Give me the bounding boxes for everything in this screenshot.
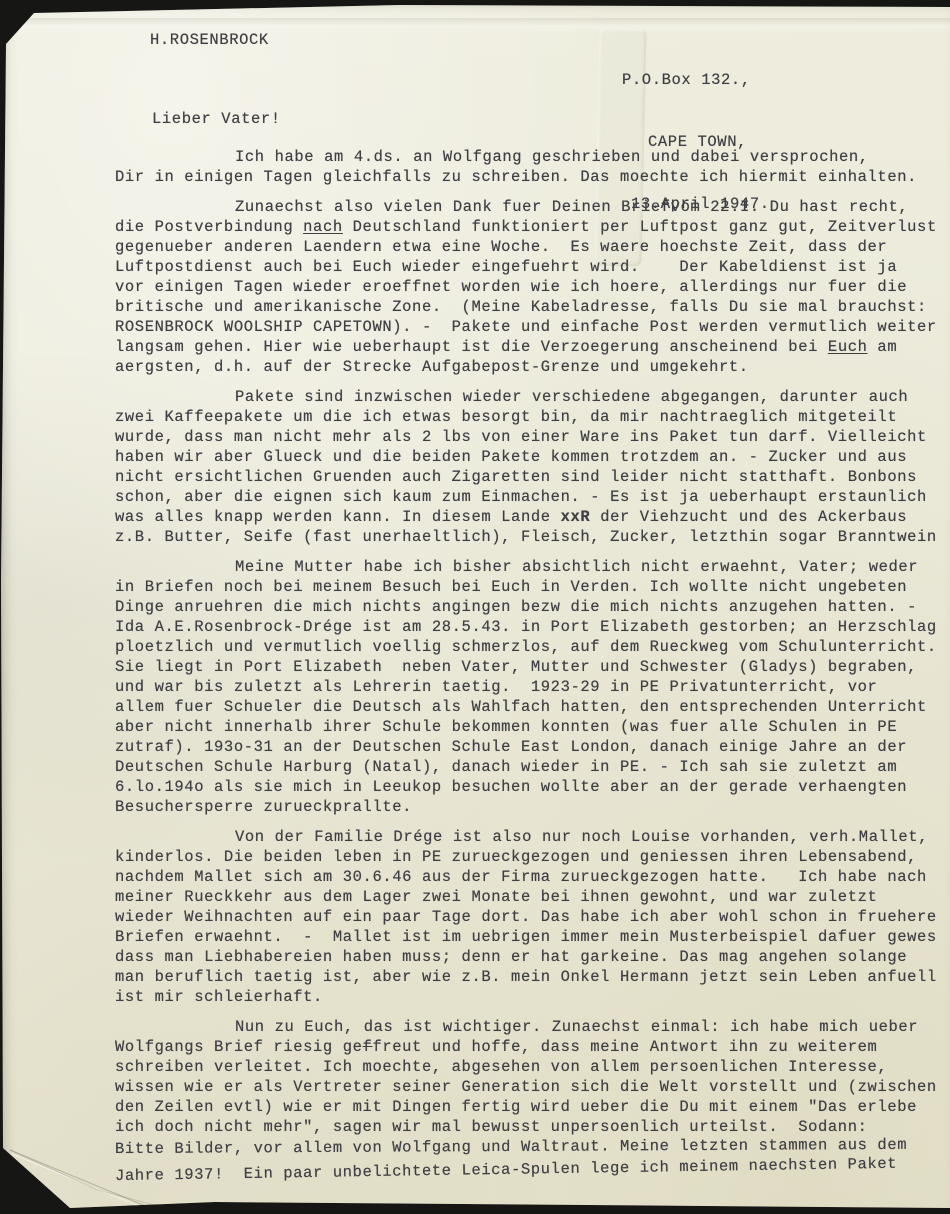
letter-line: wieder Weihnachten auf ein paar Tage dor… xyxy=(115,907,950,927)
letter-line: kinderlos. Die beiden leben in PE zuruec… xyxy=(115,847,950,867)
letter-line: Wolfgangs Brief riesig geffreut und hoff… xyxy=(115,1037,950,1057)
text-segment: am xyxy=(868,338,898,356)
letter-line: Dir in einigen Tagen gleichfalls zu schr… xyxy=(115,167,950,187)
letter-line: aergsten, d.h. auf der Strecke Aufgabepo… xyxy=(115,357,950,377)
paragraph: Nun zu Euch, das ist wichtiger. Zunaechs… xyxy=(115,1017,950,1186)
text-segment: allem fuer Schueler die Deutsch als Wahl… xyxy=(115,698,927,716)
letter-line: Ida A.E.Rosenbrock-Drége ist am 28.5.43.… xyxy=(115,617,950,637)
paragraph: Pakete sind inzwischen wieder verschiede… xyxy=(115,387,950,547)
paper-sheet: H.ROSENBROCK P.O.Box 132., CAPE TOWN, 13… xyxy=(0,0,950,1214)
letter-line: 6.lo.194o als sie mich in Leeukop besuch… xyxy=(115,777,950,797)
letter-line: in Briefen noch bei meinem Besuch bei Eu… xyxy=(115,577,950,597)
text-segment: Meine Mutter habe ich bisher absichtlich… xyxy=(235,558,918,576)
text-segment: Dir in einigen Tagen gleichfalls zu schr… xyxy=(115,168,917,186)
letter-line: den Zeilen evtl) wie er mit Dingen ferti… xyxy=(115,1097,950,1117)
letter-line: Pakete sind inzwischen wieder verschiede… xyxy=(115,387,950,407)
letter-line: langsam gehen. Hier wie ueberhaupt ist d… xyxy=(115,337,950,357)
text-segment: Pakete sind inzwischen wieder verschiede… xyxy=(235,388,908,406)
text-segment: wissen wie er als Vertreter seiner Gener… xyxy=(115,1078,937,1096)
paragraph: Von der Familie Drége ist also nur noch … xyxy=(115,827,950,1007)
letter-line: zwei Kaffeepakete um die ich etwas besor… xyxy=(115,407,950,427)
text-segment: haben wir aber Glueck und die beiden Pak… xyxy=(115,448,907,466)
text-segment: den Zeilen evtl) wie er mit Dingen ferti… xyxy=(115,1098,917,1116)
text-segment: Von der Familie Drége ist also nur noch … xyxy=(235,828,928,846)
text-segment: freut und hoffe, dass meine Antwort ihn … xyxy=(372,1038,877,1056)
letter-line: dass man Liebhabereien haben muss; denn … xyxy=(115,947,950,967)
text-segment: langsam gehen. Hier wie ueberhaupt ist d… xyxy=(115,338,828,356)
letter-line: ich doch nicht mehr", sagen wir mal bewu… xyxy=(115,1117,950,1137)
letter-line: haben wir aber Glueck und die beiden Pak… xyxy=(115,447,950,467)
text-segment: britische und amerikanische Zone. (Meine… xyxy=(115,298,927,316)
text-segment: nach xyxy=(303,218,343,236)
text-segment: kinderlos. Die beiden leben in PE zuruec… xyxy=(115,848,917,866)
text-segment: Sie liegt in Port Elizabeth neben Vater,… xyxy=(115,658,917,676)
letter-line: Nun zu Euch, das ist wichtiger. Zunaechs… xyxy=(115,1017,950,1037)
letter-line: gegenueber anderen Laendern etwa eine Wo… xyxy=(115,237,950,257)
text-segment: Jahre 1937! Ein paar unbelichtete Leica-… xyxy=(115,1155,897,1185)
text-segment: nachdem Mallet sich am 30.6.46 aus der F… xyxy=(115,868,927,886)
letter-line: und war bis zuletzt als Lehrerin taetig.… xyxy=(115,677,950,697)
text-segment: gegenueber anderen Laendern etwa eine Wo… xyxy=(115,238,887,256)
text-segment: dass man Liebhabereien haben muss; denn … xyxy=(115,948,907,966)
letter-line: Zunaechst also vielen Dank fuer Deinen B… xyxy=(115,197,950,217)
text-segment: ich doch nicht mehr", sagen wir mal bewu… xyxy=(115,1118,868,1136)
letter-line: Ich habe am 4.ds. an Wolfgang geschriebe… xyxy=(115,147,950,167)
text-segment: schreiben verleitet. Ich moechte, abgese… xyxy=(115,1058,887,1076)
letter-line: man beruflich taetig ist, aber wie z.B. … xyxy=(115,967,950,987)
text-segment: Ich habe am 4.ds. an Wolfgang geschriebe… xyxy=(235,148,869,166)
text-segment: die Postverbindung xyxy=(115,218,303,236)
text-segment: ROSENBROCK WOOLSHIP CAPETOWN). - Pakete … xyxy=(115,318,937,336)
letter-line: wissen wie er als Vertreter seiner Gener… xyxy=(115,1077,950,1097)
text-segment: Wolfgangs Brief riesig ge xyxy=(115,1038,363,1056)
letter-line: Luftpostdienst auch bei Euch wieder eing… xyxy=(115,257,950,277)
text-segment: aber nicht innerhalb ihrer Schule bekomm… xyxy=(115,718,897,736)
scanned-letter: H.ROSENBROCK P.O.Box 132., CAPE TOWN, 13… xyxy=(0,0,950,1214)
text-segment: Zunaechst also vielen Dank fuer Deinen B… xyxy=(235,198,908,216)
paragraph: Ich habe am 4.ds. an Wolfgang geschriebe… xyxy=(115,147,950,187)
text-segment: nicht ersichtlichen Gruenden auch Zigare… xyxy=(115,468,917,486)
letter-line: allem fuer Schueler die Deutsch als Wahl… xyxy=(115,697,950,717)
letter-line: Von der Familie Drége ist also nur noch … xyxy=(115,827,950,847)
text-segment: ploetzlich und vermutlich voellig schmer… xyxy=(115,638,937,656)
letter-line: Besuchersperre zurueckprallte. xyxy=(115,797,950,817)
text-segment: was alles knapp werden kann. In diesem L… xyxy=(115,508,561,526)
text-segment: Deutschen Schule Harburg (Natal), danach… xyxy=(115,758,897,776)
letter-line: ist mir schleierhaft. xyxy=(115,987,950,1007)
text-segment: zutraf). 193o-31 an der Deutschen Schule… xyxy=(115,738,907,756)
letter-line: vor einigen Tagen wieder eroeffnet worde… xyxy=(115,277,950,297)
paragraph: Zunaechst also vielen Dank fuer Deinen B… xyxy=(115,197,950,377)
text-segment: ist mir schleierhaft. xyxy=(115,988,323,1006)
text-segment: xxR xyxy=(561,508,591,526)
text-segment: Nun zu Euch, das ist wichtiger. Zunaechs… xyxy=(235,1018,918,1036)
letter-line: Briefen erwaehnt. - Mallet ist im uebrig… xyxy=(115,927,950,947)
letter-line: zutraf). 193o-31 an der Deutschen Schule… xyxy=(115,737,950,757)
salutation: Lieber Vater! xyxy=(152,109,281,129)
text-segment: f xyxy=(363,1038,373,1056)
text-segment: Deutschland funktioniert per Luftpost ga… xyxy=(343,218,937,236)
text-segment: zwei Kaffeepakete um die ich etwas besor… xyxy=(115,408,897,426)
text-segment: Ida A.E.Rosenbrock-Drége ist am 28.5.43.… xyxy=(115,618,937,636)
letter-line: ROSENBROCK WOOLSHIP CAPETOWN). - Pakete … xyxy=(115,317,950,337)
text-segment: aergsten, d.h. auf der Strecke Aufgabepo… xyxy=(115,358,749,376)
letter-line: z.B. Butter, Seife (fast unerhaeltlich),… xyxy=(115,527,950,547)
text-segment: Briefen erwaehnt. - Mallet ist im uebrig… xyxy=(115,928,937,946)
text-segment: man beruflich taetig ist, aber wie z.B. … xyxy=(115,968,937,986)
letter-line: Deutschen Schule Harburg (Natal), danach… xyxy=(115,757,950,777)
text-segment: Besuchersperre zurueckprallte. xyxy=(115,798,412,816)
address-line-pobox: P.O.Box 132., xyxy=(622,69,770,91)
sender-name: H.ROSENBROCK xyxy=(150,30,269,50)
text-segment: Dinge anruehren die mich nichts angingen… xyxy=(115,598,917,616)
text-segment: meiner Rueckkehr aus dem Lager zwei Mona… xyxy=(115,888,877,906)
letter-line: Meine Mutter habe ich bisher absichtlich… xyxy=(115,557,950,577)
letter-line: was alles knapp werden kann. In diesem L… xyxy=(115,507,950,527)
text-segment: wieder Weihnachten auf ein paar Tage dor… xyxy=(115,908,937,926)
letter-line: die Postverbindung nach Deutschland funk… xyxy=(115,217,950,237)
letter-line: aber nicht innerhalb ihrer Schule bekomm… xyxy=(115,717,950,737)
text-segment: schon, aber die eignen sich kaum zum Ein… xyxy=(115,488,927,506)
letter-body: Ich habe am 4.ds. an Wolfgang geschriebe… xyxy=(115,147,950,1186)
text-segment: Luftpostdienst auch bei Euch wieder eing… xyxy=(115,258,897,276)
letter-line: schreiben verleitet. Ich moechte, abgese… xyxy=(115,1057,950,1077)
letter-line: Sie liegt in Port Elizabeth neben Vater,… xyxy=(115,657,950,677)
letter-line: nachdem Mallet sich am 30.6.46 aus der F… xyxy=(115,867,950,887)
letter-line: wurde, dass man nicht mehr als 2 lbs von… xyxy=(115,427,950,447)
letter-line: Dinge anruehren die mich nichts angingen… xyxy=(115,597,950,617)
letter-line: ploetzlich und vermutlich voellig schmer… xyxy=(115,637,950,657)
text-segment: der Viehzucht und des Ackerbaus xyxy=(590,508,907,526)
text-segment: 6.lo.194o als sie mich in Leeukop besuch… xyxy=(115,778,907,796)
text-segment: Euch xyxy=(828,338,868,356)
paragraph: Meine Mutter habe ich bisher absichtlich… xyxy=(115,557,950,817)
letter-line: nicht ersichtlichen Gruenden auch Zigare… xyxy=(115,467,950,487)
text-segment: in Briefen noch bei meinem Besuch bei Eu… xyxy=(115,578,907,596)
text-segment: vor einigen Tagen wieder eroeffnet worde… xyxy=(115,278,907,296)
letter-line: schon, aber die eignen sich kaum zum Ein… xyxy=(115,487,950,507)
text-segment: z.B. Butter, Seife (fast unerhaeltlich),… xyxy=(115,528,937,546)
letter-line: meiner Rueckkehr aus dem Lager zwei Mona… xyxy=(115,887,950,907)
letter-line: britische und amerikanische Zone. (Meine… xyxy=(115,297,950,317)
text-segment: wurde, dass man nicht mehr als 2 lbs von… xyxy=(115,428,927,446)
text-segment: und war bis zuletzt als Lehrerin taetig.… xyxy=(115,678,877,696)
